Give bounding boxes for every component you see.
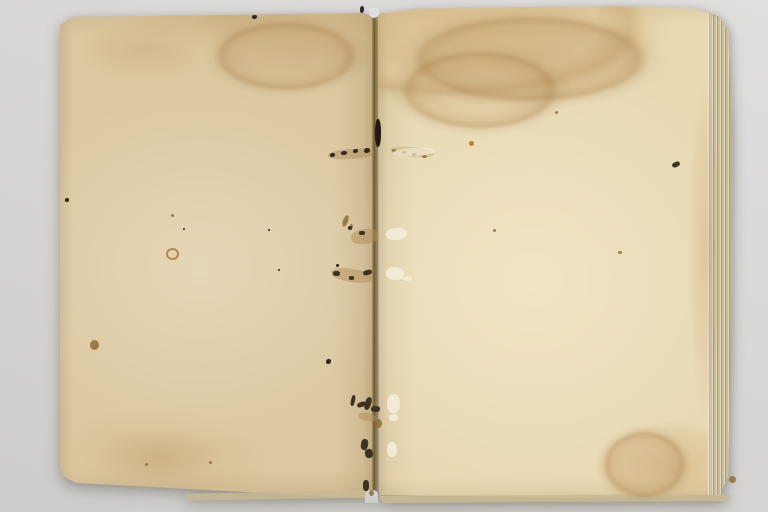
ink-speck bbox=[348, 226, 352, 230]
ink-speck bbox=[363, 269, 373, 276]
ink-speck bbox=[349, 276, 354, 280]
ink-mark bbox=[360, 438, 369, 450]
ink-squiggle bbox=[356, 401, 366, 409]
right-page-orange-speck bbox=[469, 141, 474, 146]
damage-and-stain-overlay bbox=[0, 0, 768, 512]
repair-patch bbox=[386, 266, 405, 280]
left-page-speck bbox=[278, 269, 280, 271]
right-page-speck bbox=[555, 111, 558, 114]
ink-squiggle bbox=[363, 396, 373, 410]
worm-dot bbox=[350, 224, 353, 229]
worm-dot bbox=[375, 419, 382, 428]
ink-squiggle bbox=[371, 406, 380, 412]
worm-squiggle bbox=[341, 215, 350, 228]
worm-dot bbox=[412, 153, 416, 156]
top-gutter-speck bbox=[360, 6, 364, 13]
left-page-speck bbox=[171, 214, 174, 217]
repair-patch bbox=[387, 442, 397, 457]
worm-dot bbox=[364, 148, 370, 153]
worm-trail-left bbox=[328, 147, 375, 160]
worm-patch bbox=[357, 411, 376, 422]
worm-dot bbox=[353, 149, 358, 153]
left-page-speck bbox=[145, 463, 148, 466]
left-page-speck bbox=[268, 229, 270, 231]
ink-speck bbox=[333, 271, 340, 276]
ring-stain bbox=[166, 248, 179, 260]
left-page-speck bbox=[183, 228, 185, 230]
worm-squiggle bbox=[90, 340, 99, 350]
right-page-top-tide-stain-2 bbox=[380, 40, 580, 140]
worm-dot bbox=[392, 149, 396, 152]
worm-trail-mid bbox=[330, 266, 373, 285]
worm-dot bbox=[341, 151, 347, 155]
ink-mark bbox=[364, 448, 374, 458]
right-page-speck bbox=[493, 229, 496, 232]
binding-stitch bbox=[375, 119, 381, 147]
repair-patch bbox=[403, 276, 412, 281]
top-left-page-speck bbox=[252, 15, 257, 19]
photo-of-open-book bbox=[0, 0, 768, 512]
left-page-bottom-wash bbox=[88, 428, 228, 483]
ink-squiggle bbox=[350, 395, 356, 407]
left-page-top-corner-wash bbox=[70, 14, 220, 84]
right-page-top-tide-stain bbox=[380, 4, 680, 114]
repair-patch bbox=[389, 414, 398, 421]
left-page-top-tide-stain bbox=[196, 12, 376, 100]
worm-dot bbox=[330, 153, 335, 157]
worm-patch bbox=[350, 227, 380, 246]
worm-dot bbox=[422, 155, 427, 158]
ink-speck bbox=[359, 231, 365, 235]
left-page-speck bbox=[65, 198, 69, 202]
right-page-speck bbox=[618, 251, 622, 254]
fore-edge-nick bbox=[729, 476, 736, 483]
right-page-fore-edge-wash bbox=[686, 60, 724, 440]
bottom-gutter-mark bbox=[363, 480, 369, 491]
left-gutter-dot bbox=[326, 359, 331, 364]
right-page-scratch bbox=[393, 147, 435, 157]
repair-patch bbox=[385, 227, 407, 241]
left-page-speck bbox=[209, 461, 212, 464]
worm-trail-right bbox=[390, 145, 435, 159]
worm-dot bbox=[336, 264, 339, 267]
right-page-mark bbox=[671, 161, 680, 169]
repair-patch bbox=[387, 394, 400, 413]
right-page-bottom-right-stain bbox=[592, 422, 697, 507]
bottom-gutter-dot bbox=[369, 490, 374, 496]
worm-dot bbox=[402, 151, 406, 154]
